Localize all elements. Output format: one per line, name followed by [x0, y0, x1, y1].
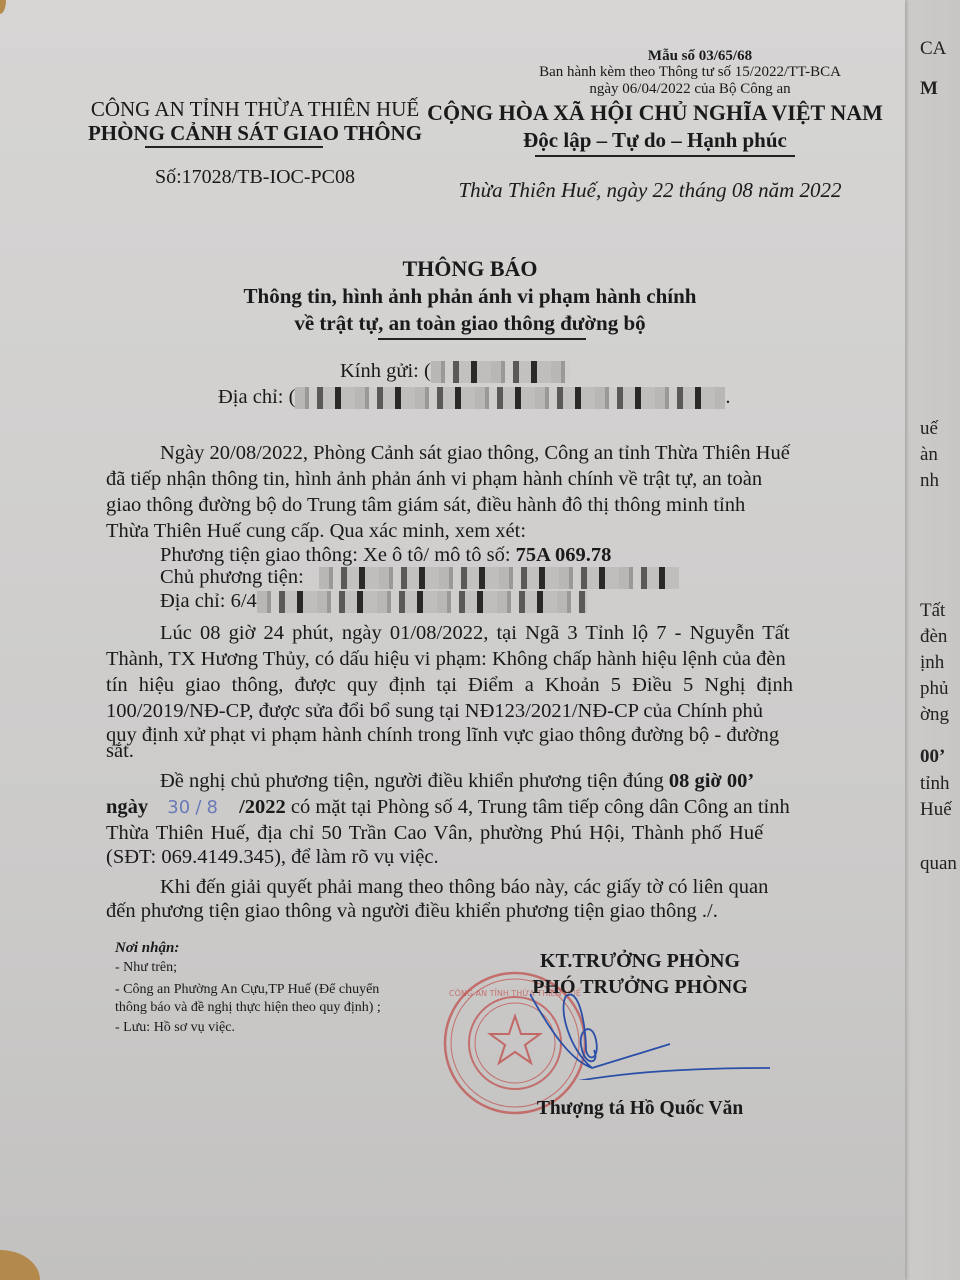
- divider: [145, 146, 323, 148]
- violation-line: sắt.: [106, 740, 134, 763]
- agency-parent: CÔNG AN TỈNH THỪA THIÊN HUẾ: [60, 97, 450, 122]
- intro-line: đã tiếp nhận thông tin, hình ảnh phản án…: [106, 468, 762, 491]
- request-line: (SĐT: 069.4149.345), để làm rõ vụ việc.: [106, 846, 439, 869]
- address-prefix: (: [289, 386, 296, 408]
- request-time: 08 giờ 00’: [669, 770, 754, 792]
- signer-name: Thượng tá Hồ Quốc Văn: [470, 1098, 810, 1120]
- back-fragment: Tất: [920, 600, 945, 622]
- document-subtitle: Thông tin, hình ảnh phản ánh vi phạm hàn…: [200, 284, 740, 309]
- form-issued-date: ngày 06/04/2022 của Bộ Công an: [520, 81, 860, 98]
- recipient-item: thông báo và đề nghị thực hiện theo quy …: [115, 1000, 381, 1016]
- redacted-owner-address: [257, 591, 587, 613]
- request-line: ngày 30 / 8 /2022 có mặt tại Phòng số 4,…: [106, 796, 790, 819]
- nation-motto: Độc lập – Tự do – Hạnh phúc: [420, 128, 890, 153]
- vehicle-line: Phương tiện giao thông: Xe ô tô/ mô tô s…: [160, 544, 611, 567]
- back-fragment: Huế: [920, 799, 952, 821]
- request-line: Đề nghị chủ phương tiện, người điều khiể…: [160, 770, 754, 793]
- violation-line: Lúc 08 giờ 24 phút, ngày 01/08/2022, tại…: [160, 622, 790, 645]
- vehicle-label: Phương tiện giao thông: Xe ô tô/ mô tô s…: [160, 544, 511, 566]
- recipient-line: Kính gửi: (: [340, 360, 571, 383]
- vehicle-plate: 75A 069.78: [516, 544, 612, 566]
- recipient-item: - Công an Phường An Cựu,TP Huế (Để chuyể…: [115, 982, 379, 998]
- closing-line: Khi đến giải quyết phải mang theo thông …: [160, 876, 768, 899]
- owner-line: Chủ phương tiện:: [160, 566, 679, 589]
- document-number: Số:17028/TB-IOC-PC08: [60, 166, 450, 189]
- recipient-address-line: Địa chỉ: (.: [218, 386, 731, 409]
- back-fragment: uế: [920, 418, 938, 440]
- recipient-item: - Như trên;: [115, 960, 177, 976]
- signature-title: KT.TRƯỞNG PHÒNG: [470, 950, 810, 973]
- back-fragment: tỉnh: [920, 773, 950, 795]
- salutation-prefix: (: [424, 360, 431, 382]
- signature-icon: [530, 990, 790, 1080]
- document-subtitle: về trật tự, an toàn giao thông đường bộ: [200, 311, 740, 336]
- back-fragment: phủ: [920, 678, 949, 700]
- desk-surface: [0, 0, 6, 14]
- intro-line: giao thông đường bộ do Trung tâm giám sá…: [106, 494, 745, 517]
- violation-line: Thành, TX Hương Thủy, có dấu hiệu vi phạ…: [106, 648, 786, 671]
- violation-line: tín hiệu giao thông, được quy định tại Đ…: [106, 674, 793, 697]
- redacted-address: [295, 387, 725, 409]
- request-text: Đề nghị chủ phương tiện, người điều khiể…: [160, 770, 664, 792]
- document-sheet: Mẫu số 03/65/68 Ban hành kèm theo Thông …: [0, 0, 905, 1280]
- request-line: Thừa Thiên Huế, địa chỉ 50 Trần Cao Vân,…: [106, 822, 763, 845]
- owner-address-label: Địa chỉ: 6/4: [160, 590, 257, 612]
- form-number: Mẫu số 03/65/68: [520, 48, 880, 65]
- request-day-label: ngày: [106, 796, 148, 818]
- back-fragment: M: [920, 78, 938, 100]
- redacted-owner: [319, 567, 679, 589]
- back-fragment: 00’: [920, 746, 945, 768]
- back-fragment: ịnh: [920, 652, 944, 674]
- nation-name: CỘNG HÒA XÃ HỘI CHỦ NGHĨA VIỆT NAM: [420, 100, 890, 126]
- handwritten-month: 8: [207, 797, 218, 818]
- request-year: /2022: [239, 796, 286, 818]
- back-fragment: đèn: [920, 626, 947, 648]
- address-suffix: .: [725, 386, 730, 408]
- owner-address-line: Địa chỉ: 6/4: [160, 590, 587, 613]
- desk-surface: [0, 1250, 40, 1280]
- agency-department: PHÒNG CẢNH SÁT GIAO THÔNG: [60, 121, 450, 146]
- closing-line: đến phương tiện giao thông và người điều…: [106, 900, 718, 923]
- back-fragment: CA: [920, 38, 946, 60]
- divider: [378, 338, 586, 340]
- violation-line: quy định xử phạt vi phạm hành chính tron…: [106, 724, 779, 747]
- divider: [535, 155, 795, 157]
- address-label: Địa chỉ:: [218, 386, 283, 408]
- back-fragment: quan: [920, 853, 957, 875]
- salutation-label: Kính gửi:: [340, 360, 419, 382]
- place-date: Thừa Thiên Huế, ngày 22 tháng 08 năm 202…: [440, 178, 860, 203]
- redacted-name: [431, 361, 571, 383]
- request-text: có mặt tại Phòng số 4, Trung tâm tiếp cô…: [291, 796, 790, 818]
- back-fragment: nh: [920, 470, 939, 492]
- back-fragment: àn: [920, 444, 938, 466]
- document-title: THÔNG BÁO: [200, 256, 740, 282]
- back-fragment: ờng: [920, 704, 949, 726]
- recipient-item: - Lưu: Hồ sơ vụ việc.: [115, 1020, 235, 1036]
- intro-line: Thừa Thiên Huế cung cấp. Qua xác minh, x…: [106, 520, 526, 543]
- owner-label: Chủ phương tiện:: [160, 566, 304, 588]
- handwritten-day: 30: [167, 797, 190, 818]
- intro-line: Ngày 20/08/2022, Phòng Cảnh sát giao thô…: [160, 442, 790, 465]
- violation-line: 100/2019/NĐ-CP, được sửa đổi bổ sung tại…: [106, 700, 763, 723]
- recipients-title: Nơi nhận:: [115, 940, 179, 957]
- form-issued-with: Ban hành kèm theo Thông tư số 15/2022/TT…: [520, 64, 860, 81]
